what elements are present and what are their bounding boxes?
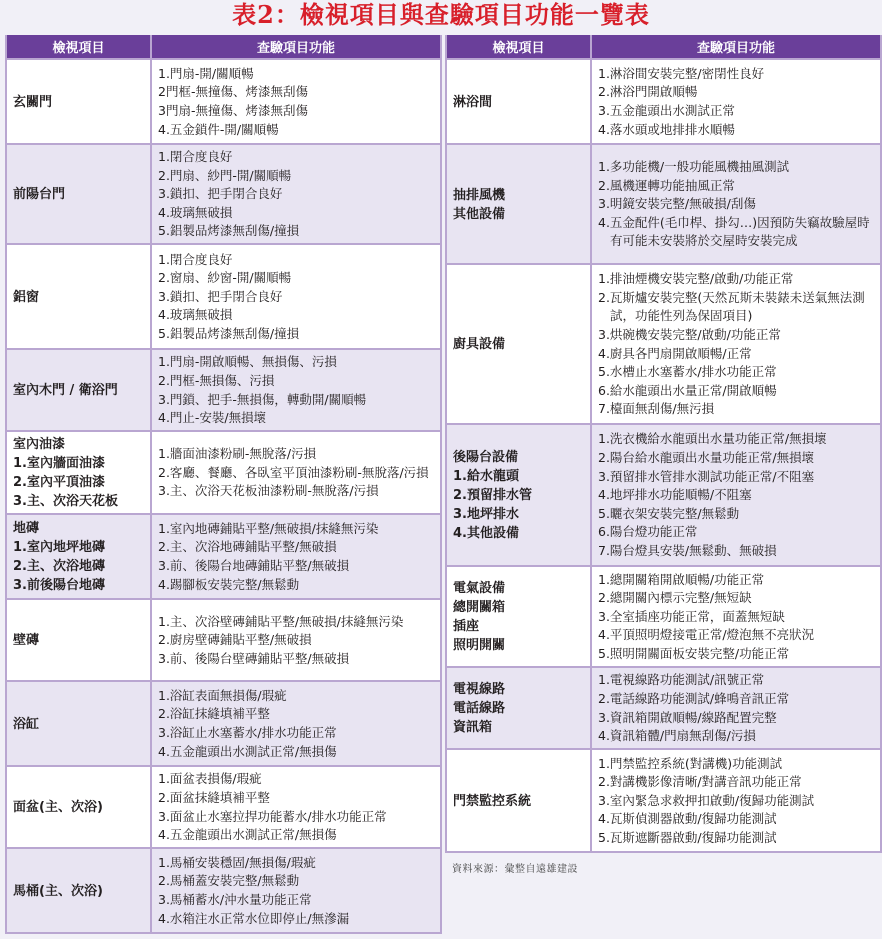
- check-function-cell: 1.閉合度良好2.窗扇、紗窗-開/關順暢3.鎖扣、把手閉合良好4.玻璃無破損5.…: [151, 244, 441, 349]
- table-row: 廚具設備1.排油煙機安裝完整/啟動/功能正常2.瓦斯爐安裝完整(天然瓦斯未裝錶未…: [446, 264, 881, 424]
- check-function-line: 1.面盆表損傷/瑕疵: [158, 770, 434, 789]
- inspection-item-cell: 鋁窗: [6, 244, 151, 349]
- inspection-item-label: 壁磚: [13, 631, 144, 650]
- check-function-line: 2.廚房壁磚鋪貼平整/無破損: [158, 631, 434, 650]
- check-function-line: 4.玻璃無破損: [158, 306, 434, 325]
- table-row: 室內木門 / 衛浴門1.門扇-開啟順暢、無損傷、污損2.門框-無損傷、污損3.門…: [6, 349, 441, 431]
- check-function-line: 2.面盆抹縫填補平整: [158, 789, 434, 808]
- inspection-item-cell: 浴缸: [6, 681, 151, 766]
- check-function-line: 4.廚具各門扇開啟順暢/正常: [598, 345, 874, 364]
- check-function-cell: 1.洗衣機給水龍頭出水量功能正常/無損壞2.陽台給水龍頭出水量功能正常/無損壞3…: [591, 424, 881, 566]
- header-inspection-item: 檢視項目: [6, 35, 151, 59]
- check-function-line: 4.五金配件(毛巾桿、掛勾…)因預防失竊故驗屋時有可能未安裝將於交屋時安裝完成: [598, 214, 874, 251]
- table-row: 面盆(主、次浴)1.面盆表損傷/瑕疵2.面盆抹縫填補平整3.面盆止水塞拉捍功能蓄…: [6, 766, 441, 848]
- check-function-line: 2.對講機影像清晰/對講音訊功能正常: [598, 773, 874, 792]
- inspection-item-cell: 玄關門: [6, 59, 151, 144]
- inspection-item-cell: 電視線路電話線路資訊箱: [446, 667, 591, 749]
- inspection-item-cell: 門禁監控系統: [446, 749, 591, 852]
- check-function-cell: 1.門扇-開/關順暢2門框-無撞傷、烤漆無刮傷3門扇-無撞傷、烤漆無刮傷4.五金…: [151, 59, 441, 144]
- table-row: 玄關門1.門扇-開/關順暢2門框-無撞傷、烤漆無刮傷3門扇-無撞傷、烤漆無刮傷4…: [6, 59, 441, 144]
- inspection-item-label: 資訊箱: [453, 718, 584, 737]
- inspection-item-label: 2.室內平頂油漆: [13, 473, 144, 492]
- check-function-line: 1.主、次浴壁磚鋪貼平整/無破損/抹縫無污染: [158, 613, 434, 632]
- check-function-cell: 1.牆面油漆粉刷-無脫落/污損2.客廳、餐廳、各臥室平頂油漆粉刷-無脫落/污損3…: [151, 431, 441, 514]
- inspection-item-cell: 前陽台門: [6, 144, 151, 244]
- inspection-item-label: 馬桶(主、次浴): [13, 882, 144, 901]
- check-function-line: 4.五金龍頭出水測試正常/無損傷: [158, 826, 434, 845]
- check-function-line: 3.室內緊急求救押扣啟動/復歸功能測試: [598, 792, 874, 811]
- inspection-item-cell: 室內木門 / 衛浴門: [6, 349, 151, 431]
- page-title: 表2：檢視項目與查驗項目功能一覽表: [0, 0, 882, 32]
- inspection-item-label: 4.其他設備: [453, 524, 584, 543]
- check-function-line: 3.主、次浴天花板油漆粉刷-無脫落/污損: [158, 482, 434, 501]
- inspection-item-label: 淋浴間: [453, 93, 584, 112]
- check-function-line: 5.瓦斯遮斷器啟動/復歸功能測試: [598, 829, 874, 848]
- inspection-item-label: 室內油漆: [13, 435, 144, 454]
- check-function-cell: 1.多功能機/一般功能風機抽風測試2.風機運轉功能抽風正常3.明鏡安裝完整/無破…: [591, 144, 881, 264]
- inspection-item-cell: 電氣設備總開關箱插座照明開關: [446, 566, 591, 667]
- check-function-line: 4.踢腳板安裝完整/無鬆動: [158, 576, 434, 595]
- check-function-cell: 1.排油煙機安裝完整/啟動/功能正常2.瓦斯爐安裝完整(天然瓦斯未裝錶未送氣無法…: [591, 264, 881, 424]
- inspection-item-cell: 地磚1.室內地坪地磚2.主、次浴地磚3.前後陽台地磚: [6, 514, 151, 599]
- check-function-cell: 1.面盆表損傷/瑕疵2.面盆抹縫填補平整3.面盆止水塞拉捍功能蓄水/排水功能正常…: [151, 766, 441, 848]
- inspection-item-label: 其他設備: [453, 205, 584, 224]
- check-function-line: 1.牆面油漆粉刷-無脫落/污損: [158, 445, 434, 464]
- inspection-item-cell: 抽排風機其他設備: [446, 144, 591, 264]
- check-function-cell: 1.浴缸表面無損傷/瑕疵2.浴缸抹縫填補平整3.浴缸止水塞蓄水/排水功能正常4.…: [151, 681, 441, 766]
- inspection-item-label: 面盆(主、次浴): [13, 798, 144, 817]
- check-function-line: 4.平頂照明燈接電正常/燈泡無不亮狀況: [598, 626, 874, 645]
- inspection-item-label: 2.主、次浴地磚: [13, 557, 144, 576]
- check-function-line: 3.鎖扣、把手閉合良好: [158, 185, 434, 204]
- inspection-item-label: 電話線路: [453, 699, 584, 718]
- check-function-line: 5.鋁製品烤漆無刮傷/撞損: [158, 222, 434, 241]
- check-function-cell: 1.閉合度良好2.門扇、紗門-開/關順暢3.鎖扣、把手閉合良好4.玻璃無破損5.…: [151, 144, 441, 244]
- check-function-line: 6.給水龍頭出水量正常/開啟順暢: [598, 382, 874, 401]
- check-function-line: 3.浴缸止水塞蓄水/排水功能正常: [158, 724, 434, 743]
- check-function-line: 2.馬桶蓋安裝完整/無鬆動: [158, 872, 434, 891]
- table-row: 門禁監控系統1.門禁監控系統(對講機)功能測試2.對講機影像清晰/對講音訊功能正…: [446, 749, 881, 852]
- header-check-function: 查驗項目功能: [591, 35, 881, 59]
- check-function-line: 2.電話線路功能測試/蜂鳴音訊正常: [598, 690, 874, 709]
- check-function-cell: 1.門禁監控系統(對講機)功能測試2.對講機影像清晰/對講音訊功能正常3.室內緊…: [591, 749, 881, 852]
- table-row: 鋁窗1.閉合度良好2.窗扇、紗窗-開/關順暢3.鎖扣、把手閉合良好4.玻璃無破損…: [6, 244, 441, 349]
- inspection-item-label: 1.室內牆面油漆: [13, 454, 144, 473]
- check-function-line: 3.五金龍頭出水測試正常: [598, 102, 874, 121]
- inspection-item-label: 電氣設備: [453, 579, 584, 598]
- table-row: 前陽台門1.閉合度良好2.門扇、紗門-開/關順暢3.鎖扣、把手閉合良好4.玻璃無…: [6, 144, 441, 244]
- inspection-item-cell: 室內油漆1.室內牆面油漆2.室內平頂油漆3.主、次浴天花板: [6, 431, 151, 514]
- table-row: 壁磚1.主、次浴壁磚鋪貼平整/無破損/抹縫無污染2.廚房壁磚鋪貼平整/無破損3.…: [6, 599, 441, 681]
- table-row: 抽排風機其他設備1.多功能機/一般功能風機抽風測試2.風機運轉功能抽風正常3.明…: [446, 144, 881, 264]
- check-function-line: 1.門扇-開/關順暢: [158, 65, 434, 84]
- check-function-line: 3.資訊箱開啟順暢/線路配置完整: [598, 709, 874, 728]
- check-function-line: 4.地坪排水功能順暢/不阻塞: [598, 486, 874, 505]
- check-function-line: 2.門扇、紗門-開/關順暢: [158, 167, 434, 186]
- check-function-line: 6.陽台燈功能正常: [598, 523, 874, 542]
- check-function-line: 1.門扇-開啟順暢、無損傷、污損: [158, 353, 434, 372]
- inspection-item-label: 地磚: [13, 519, 144, 538]
- check-function-line: 1.多功能機/一般功能風機抽風測試: [598, 158, 874, 177]
- inspection-item-label: 後陽台設備: [453, 448, 584, 467]
- table-row: 電氣設備總開關箱插座照明開關1.總開關箱開啟順暢/功能正常2.總開關內標示完整/…: [446, 566, 881, 667]
- table-row: 室內油漆1.室內牆面油漆2.室內平頂油漆3.主、次浴天花板1.牆面油漆粉刷-無脫…: [6, 431, 441, 514]
- check-function-line: 4.五金龍頭出水測試正常/無損傷: [158, 743, 434, 762]
- check-function-line: 3.全室插座功能正常，面蓋無短缺: [598, 608, 874, 627]
- check-function-line: 7.陽台燈具安裝/無鬆動、無破損: [598, 542, 874, 561]
- inspection-item-label: 總開關箱: [453, 598, 584, 617]
- inspection-item-cell: 面盆(主、次浴): [6, 766, 151, 848]
- check-function-line: 2.淋浴門開啟順暢: [598, 83, 874, 102]
- inspection-item-label: 1.給水龍頭: [453, 467, 584, 486]
- check-function-line: 3.面盆止水塞拉捍功能蓄水/排水功能正常: [158, 808, 434, 827]
- inspection-item-label: 3.前後陽台地磚: [13, 576, 144, 595]
- check-function-line: 5.照明開關面板安裝完整/功能正常: [598, 645, 874, 664]
- check-function-line: 4.門止-安裝/無損壞: [158, 409, 434, 428]
- check-function-line: 1.門禁監控系統(對講機)功能測試: [598, 755, 874, 774]
- inspection-item-label: 鋁窗: [13, 288, 144, 307]
- inspection-item-label: 門禁監控系統: [453, 792, 584, 811]
- check-function-line: 1.洗衣機給水龍頭出水量功能正常/無損壞: [598, 430, 874, 449]
- inspection-item-cell: 廚具設備: [446, 264, 591, 424]
- check-function-line: 1.電視線路功能測試/訊號正常: [598, 671, 874, 690]
- inspection-item-label: 插座: [453, 617, 584, 636]
- check-function-line: 3.鎖扣、把手閉合良好: [158, 288, 434, 307]
- check-function-line: 1.總開關箱開啟順暢/功能正常: [598, 571, 874, 590]
- check-function-line: 4.落水頭或地排排水順暢: [598, 121, 874, 140]
- inspection-item-label: 廚具設備: [453, 335, 584, 354]
- source-note: 資料來源：彙整自遠雄建設: [452, 860, 578, 875]
- check-function-line: 4.水箱注水正常水位即停止/無滲漏: [158, 910, 434, 929]
- check-function-line: 2.風機運轉功能抽風正常: [598, 177, 874, 196]
- check-function-line: 2.浴缸抹縫填補平整: [158, 705, 434, 724]
- check-function-cell: 1.總開關箱開啟順暢/功能正常2.總開關內標示完整/無短缺3.全室插座功能正常，…: [591, 566, 881, 667]
- inspection-item-label: 室內木門 / 衛浴門: [13, 381, 144, 400]
- check-function-cell: 1.馬桶安裝穩固/無損傷/瑕疵2.馬桶蓋安裝完整/無鬆動3.馬桶蓄水/沖水量功能…: [151, 848, 441, 933]
- check-function-line: 5.水槽止水塞蓄水/排水功能正常: [598, 363, 874, 382]
- right-table-body: 淋浴間1.淋浴間安裝完整/密閉性良好2.淋浴門開啟順暢3.五金龍頭出水測試正常4…: [446, 59, 881, 852]
- header-check-function: 查驗項目功能: [151, 35, 441, 59]
- check-function-line: 5.鋁製品烤漆無刮傷/撞損: [158, 325, 434, 344]
- table-row: 淋浴間1.淋浴間安裝完整/密閉性良好2.淋浴門開啟順暢3.五金龍頭出水測試正常4…: [446, 59, 881, 144]
- inspection-item-label: 2.預留排水管: [453, 486, 584, 505]
- inspection-table-left: 檢視項目 查驗項目功能 玄關門1.門扇-開/關順暢2門框-無撞傷、烤漆無刮傷3門…: [5, 35, 442, 934]
- check-function-line: 3.馬桶蓄水/沖水量功能正常: [158, 891, 434, 910]
- check-function-line: 1.閉合度良好: [158, 251, 434, 270]
- inspection-item-label: 抽排風機: [453, 186, 584, 205]
- inspection-item-label: 電視線路: [453, 680, 584, 699]
- check-function-line: 1.浴缸表面無損傷/瑕疵: [158, 687, 434, 706]
- check-function-line: 3.前、後陽台地磚鋪貼平整/無破損: [158, 557, 434, 576]
- check-function-line: 2門框-無撞傷、烤漆無刮傷: [158, 83, 434, 102]
- inspection-table-right: 檢視項目 查驗項目功能 淋浴間1.淋浴間安裝完整/密閉性良好2.淋浴門開啟順暢3…: [445, 35, 882, 853]
- left-table-body: 玄關門1.門扇-開/關順暢2門框-無撞傷、烤漆無刮傷3門扇-無撞傷、烤漆無刮傷4…: [6, 59, 441, 933]
- check-function-line: 2.客廳、餐廳、各臥室平頂油漆粉刷-無脫落/污損: [158, 464, 434, 483]
- check-function-line: 1.馬桶安裝穩固/無損傷/瑕疵: [158, 854, 434, 873]
- check-function-line: 2.主、次浴地磚鋪貼平整/無破損: [158, 538, 434, 557]
- check-function-line: 3.前、後陽台壁磚鋪貼平整/無破損: [158, 650, 434, 669]
- check-function-line: 3.烘碗機安裝完整/啟動/功能正常: [598, 326, 874, 345]
- check-function-line: 1.淋浴間安裝完整/密閉性良好: [598, 65, 874, 84]
- check-function-line: 4.瓦斯偵測器啟動/復歸功能測試: [598, 810, 874, 829]
- table-row: 電視線路電話線路資訊箱1.電視線路功能測試/訊號正常2.電話線路功能測試/蜂鳴音…: [446, 667, 881, 749]
- check-function-line: 4.玻璃無破損: [158, 204, 434, 223]
- check-function-line: 3.門鎖、把手-無損傷，轉動開/關順暢: [158, 391, 434, 410]
- check-function-cell: 1.主、次浴壁磚鋪貼平整/無破損/抹縫無污染2.廚房壁磚鋪貼平整/無破損3.前、…: [151, 599, 441, 681]
- table-row: 浴缸1.浴缸表面無損傷/瑕疵2.浴缸抹縫填補平整3.浴缸止水塞蓄水/排水功能正常…: [6, 681, 441, 766]
- check-function-line: 1.室內地磚鋪貼平整/無破損/抹縫無污染: [158, 520, 434, 539]
- table-row: 地磚1.室內地坪地磚2.主、次浴地磚3.前後陽台地磚1.室內地磚鋪貼平整/無破損…: [6, 514, 441, 599]
- check-function-line: 2.瓦斯爐安裝完整(天然瓦斯未裝錶未送氣無法測試，功能性列為保固項目): [598, 289, 874, 326]
- check-function-cell: 1.淋浴間安裝完整/密閉性良好2.淋浴門開啟順暢3.五金龍頭出水測試正常4.落水…: [591, 59, 881, 144]
- inspection-item-cell: 馬桶(主、次浴): [6, 848, 151, 933]
- check-function-line: 3.明鏡安裝完整/無破損/刮傷: [598, 195, 874, 214]
- check-function-line: 4.五金鎖件-開/關順暢: [158, 121, 434, 140]
- inspection-item-cell: 壁磚: [6, 599, 151, 681]
- inspection-item-cell: 後陽台設備1.給水龍頭2.預留排水管3.地坪排水4.其他設備: [446, 424, 591, 566]
- check-function-line: 1.閉合度良好: [158, 148, 434, 167]
- check-function-cell: 1.電視線路功能測試/訊號正常2.電話線路功能測試/蜂鳴音訊正常3.資訊箱開啟順…: [591, 667, 881, 749]
- inspection-item-cell: 淋浴間: [446, 59, 591, 144]
- check-function-line: 2.門框-無損傷、污損: [158, 372, 434, 391]
- check-function-line: 5.曬衣架安裝完整/無鬆動: [598, 505, 874, 524]
- check-function-cell: 1.門扇-開啟順暢、無損傷、污損2.門框-無損傷、污損3.門鎖、把手-無損傷，轉…: [151, 349, 441, 431]
- check-function-cell: 1.室內地磚鋪貼平整/無破損/抹縫無污染2.主、次浴地磚鋪貼平整/無破損3.前、…: [151, 514, 441, 599]
- table-row: 後陽台設備1.給水龍頭2.預留排水管3.地坪排水4.其他設備1.洗衣機給水龍頭出…: [446, 424, 881, 566]
- inspection-item-label: 3.地坪排水: [453, 505, 584, 524]
- check-function-line: 1.排油煙機安裝完整/啟動/功能正常: [598, 270, 874, 289]
- inspection-item-label: 1.室內地坪地磚: [13, 538, 144, 557]
- inspection-item-label: 照明開關: [453, 636, 584, 655]
- check-function-line: 2.總開關內標示完整/無短缺: [598, 589, 874, 608]
- check-function-line: 3門扇-無撞傷、烤漆無刮傷: [158, 102, 434, 121]
- check-function-line: 7.檯面無刮傷/無污損: [598, 400, 874, 419]
- check-function-line: 4.資訊箱體/門扇無刮傷/污損: [598, 727, 874, 746]
- inspection-item-label: 前陽台門: [13, 185, 144, 204]
- header-inspection-item: 檢視項目: [446, 35, 591, 59]
- inspection-item-label: 3.主、次浴天花板: [13, 492, 144, 511]
- check-function-line: 2.窗扇、紗窗-開/關順暢: [158, 269, 434, 288]
- inspection-item-label: 浴缸: [13, 715, 144, 734]
- check-function-line: 3.預留排水管排水測試功能正常/不阻塞: [598, 468, 874, 487]
- table-row: 馬桶(主、次浴)1.馬桶安裝穩固/無損傷/瑕疵2.馬桶蓋安裝完整/無鬆動3.馬桶…: [6, 848, 441, 933]
- inspection-item-label: 玄關門: [13, 93, 144, 112]
- check-function-line: 2.陽台給水龍頭出水量功能正常/無損壞: [598, 449, 874, 468]
